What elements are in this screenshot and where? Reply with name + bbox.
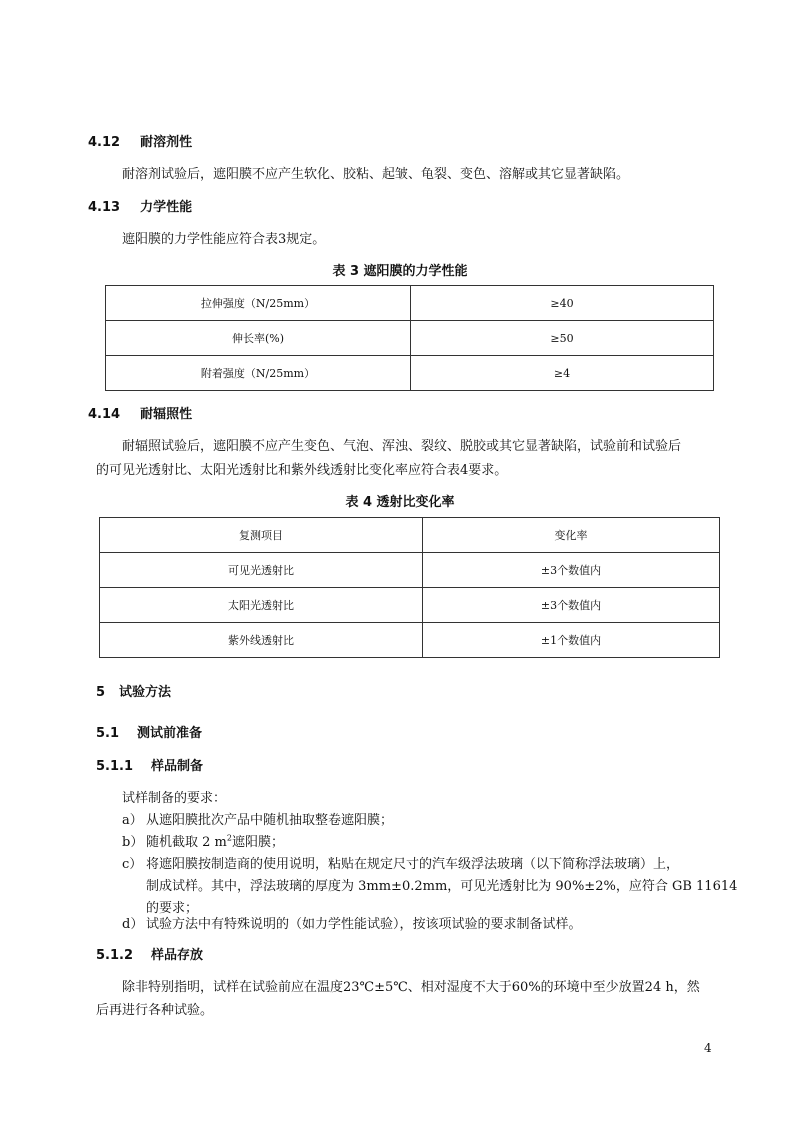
heading-4-13: 4.13力学性能 [88, 196, 192, 215]
heading-4-14: 4.14耐辐照性 [88, 403, 192, 422]
paragraph-5-1-2-line2: 后再进行各种试验。 [96, 999, 213, 1018]
heading-5: 5试验方法 [96, 681, 171, 700]
paragraph-5-1-1-intro: 试样制备的要求： [122, 787, 226, 806]
heading-5-1-2: 5.1.2样品存放 [96, 944, 203, 963]
heading-title: 耐辐照性 [140, 407, 192, 422]
list-text: 试验方法中有特殊说明的（如力学性能试验），按该项试验的要求制备试样。 [146, 917, 582, 932]
list-text: 将遮阳膜按制造商的使用说明，粘贴在规定尺寸的汽车级浮法玻璃（以下简称浮法玻璃）上… [146, 857, 679, 872]
table-header-row: 复测项目 变化率 [100, 518, 720, 553]
table-row: 可见光透射比 ±3个数值内 [100, 553, 720, 588]
heading-title: 样品制备 [151, 759, 203, 774]
table4-caption: 表 4 透射比变化率 [0, 491, 800, 510]
list-text: 从遮阳膜批次产品中随机抽取整卷遮阳膜； [146, 813, 393, 828]
list-marker: b） [122, 831, 146, 850]
heading-4-12: 4.12耐溶剂性 [88, 131, 192, 150]
heading-number: 4.13 [88, 200, 120, 215]
table-cell: ±3个数值内 [423, 553, 720, 588]
heading-number: 4.12 [88, 135, 120, 150]
table-row: 紫外线透射比 ±1个数值内 [100, 623, 720, 658]
table4: 复测项目 变化率 可见光透射比 ±3个数值内 太阳光透射比 ±3个数值内 紫外线… [99, 517, 720, 658]
table-cell: 伸长率(%) [106, 321, 411, 356]
table3: 拉伸强度（N/25mm） ≥40 伸长率(%) ≥50 附着强度（N/25mm）… [105, 285, 714, 391]
table-cell: ±1个数值内 [423, 623, 720, 658]
heading-title: 力学性能 [140, 200, 192, 215]
list-marker: a） [122, 809, 146, 828]
heading-number: 5.1.2 [96, 948, 133, 963]
table-cell: 附着强度（N/25mm） [106, 356, 411, 391]
table-cell: 拉伸强度（N/25mm） [106, 286, 411, 321]
table-row: 附着强度（N/25mm） ≥4 [106, 356, 714, 391]
heading-number: 5.1.1 [96, 759, 133, 774]
heading-title: 试验方法 [119, 685, 171, 700]
list-text: 遮阳膜； [232, 835, 284, 850]
page-number: 4 [704, 1041, 712, 1055]
paragraph-5-1-2-line1: 除非特别指明，试样在试验前应在温度23℃±5℃、相对湿度不大于60%的环境中至少… [122, 976, 700, 995]
table-cell: ±3个数值内 [423, 588, 720, 623]
list-text: 随机截取 2 m [146, 835, 227, 850]
heading-5-1: 5.1测试前准备 [96, 722, 202, 741]
table-cell: ≥4 [411, 356, 714, 391]
list-item-b: b）随机截取 2 m2遮阳膜； [122, 831, 284, 850]
heading-title: 测试前准备 [137, 726, 202, 741]
paragraph-4-13: 遮阳膜的力学性能应符合表3规定。 [122, 228, 325, 247]
table-header-cell: 变化率 [423, 518, 720, 553]
table-header-cell: 复测项目 [100, 518, 423, 553]
table-cell: 太阳光透射比 [100, 588, 423, 623]
heading-number: 5 [96, 685, 105, 700]
list-marker: d） [122, 913, 146, 932]
paragraph-4-14-line2: 的可见光透射比、太阳光透射比和紫外线透射比变化率应符合表4要求。 [96, 459, 507, 478]
heading-title: 耐溶剂性 [140, 135, 192, 150]
table-row: 拉伸强度（N/25mm） ≥40 [106, 286, 714, 321]
heading-number: 4.14 [88, 407, 120, 422]
table-cell: ≥40 [411, 286, 714, 321]
table-cell: 可见光透射比 [100, 553, 423, 588]
list-item-d: d）试验方法中有特殊说明的（如力学性能试验），按该项试验的要求制备试样。 [122, 913, 582, 932]
table-row: 伸长率(%) ≥50 [106, 321, 714, 356]
list-item-c: c）将遮阳膜按制造商的使用说明，粘贴在规定尺寸的汽车级浮法玻璃（以下简称浮法玻璃… [122, 853, 679, 872]
list-item-c-line2: 制成试样。其中，浮法玻璃的厚度为 3mm±0.2mm，可见光透射比为 90%±2… [146, 875, 737, 894]
list-item-a: a）从遮阳膜批次产品中随机抽取整卷遮阳膜； [122, 809, 393, 828]
table-cell: ≥50 [411, 321, 714, 356]
table-row: 太阳光透射比 ±3个数值内 [100, 588, 720, 623]
table3-caption: 表 3 遮阳膜的力学性能 [0, 260, 800, 279]
paragraph-4-12: 耐溶剂试验后，遮阳膜不应产生软化、胶粘、起皱、龟裂、变色、溶解或其它显著缺陷。 [122, 163, 629, 182]
paragraph-4-14-line1: 耐辐照试验后，遮阳膜不应产生变色、气泡、浑浊、裂纹、脱胶或其它显著缺陷，试验前和… [122, 435, 681, 454]
heading-title: 样品存放 [151, 948, 203, 963]
list-marker: c） [122, 853, 146, 872]
heading-number: 5.1 [96, 726, 119, 741]
heading-5-1-1: 5.1.1样品制备 [96, 755, 203, 774]
table-cell: 紫外线透射比 [100, 623, 423, 658]
